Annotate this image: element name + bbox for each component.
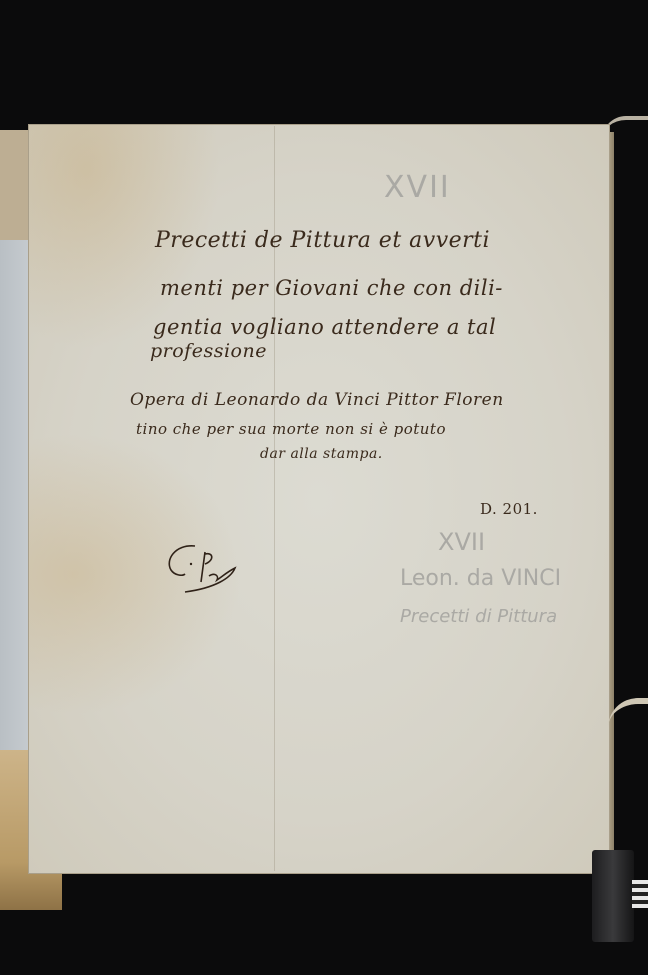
pencil-note-numeral: XVII xyxy=(438,528,485,556)
book-clamp xyxy=(592,850,634,942)
shelf-mark: D. 201. xyxy=(480,500,538,518)
binding-string xyxy=(608,698,648,730)
attribution-line-2: tino che per sua morte non si è potuto xyxy=(136,420,446,438)
title-line-1: Precetti de Pittura et avverti xyxy=(155,228,490,253)
attribution-line-3: dar alla stampa. xyxy=(260,446,383,462)
color-scale-bar xyxy=(632,880,648,908)
pencil-numeral-top: XVII xyxy=(384,170,451,205)
attribution-line-1: Opera di Leonardo da Vinci Pittor Floren xyxy=(130,390,504,410)
title-line-2: menti per Giovani che con dili- xyxy=(160,276,503,300)
adjacent-leaf-stain xyxy=(0,130,28,240)
signature-flourish-icon xyxy=(165,542,237,594)
pencil-note-author: Leon. da VINCI xyxy=(400,566,561,591)
title-line-3: gentia vogliano attendere a tal xyxy=(153,315,496,339)
pencil-note-title: Precetti di Pittura xyxy=(400,606,557,627)
title-line-4: professione xyxy=(150,340,267,362)
